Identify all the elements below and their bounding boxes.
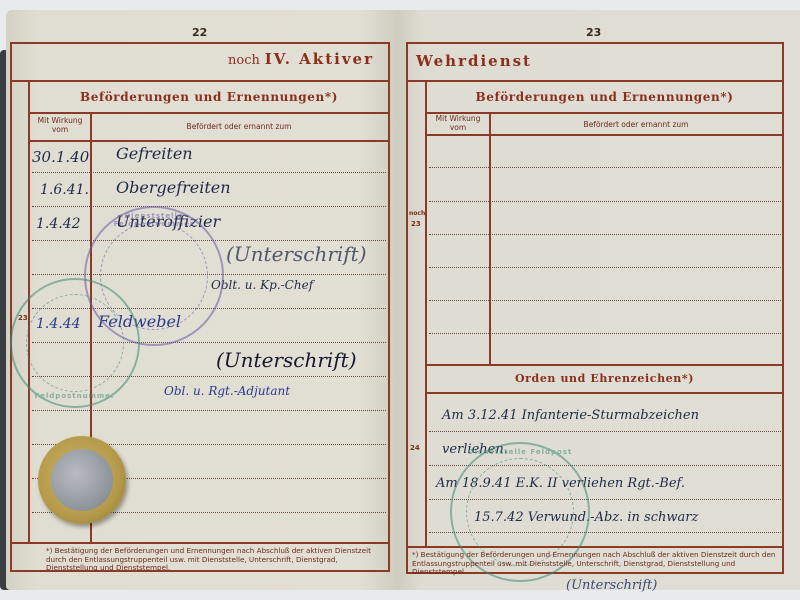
entry-line	[429, 267, 781, 268]
entry-line	[429, 234, 781, 235]
margin-marker: 23	[411, 220, 421, 228]
awards-divider	[427, 392, 782, 394]
margin-marker-prefix: noch	[409, 210, 425, 217]
coin	[38, 436, 126, 524]
awards-divider-top	[427, 364, 782, 366]
entry-date: 1.4.42	[36, 216, 81, 232]
column-head-date: Mit Wirkung vom	[32, 116, 88, 134]
column-head-rank: Befördert oder ernannt zum	[92, 122, 386, 131]
award-line	[429, 431, 781, 432]
green-unit-stamp: Feldpostnummer	[10, 278, 140, 408]
signature-role: Oblt. u. Kp.-Chef	[211, 278, 313, 292]
footnote-divider	[10, 542, 390, 544]
column-head-rank: Befördert oder ernannt zum	[491, 120, 781, 129]
column-divider	[489, 112, 491, 364]
margin-line	[425, 80, 427, 548]
page-header: noch IV. Aktiver	[228, 50, 374, 68]
column-head-date: Mit Wirkung vom	[429, 114, 487, 132]
entry-line	[32, 206, 386, 207]
page-number: 22	[192, 26, 207, 39]
stamp-label: Feldpostnummer	[12, 392, 138, 400]
coin-center	[51, 449, 113, 511]
open-service-book: 22 noch IV. Aktiver Beförderungen und Er…	[0, 10, 800, 600]
signature: (Unterschrift)	[216, 348, 357, 372]
stamp-label: Dienststelle Feldpost	[452, 448, 588, 456]
stamp-label: Dienststelle Feldpostnummer	[86, 212, 222, 228]
section-divider	[30, 112, 388, 114]
signature-role: Obl. u. Rgt.-Adjutant	[164, 384, 290, 398]
entry-line	[429, 300, 781, 301]
column-head-divider	[427, 134, 782, 136]
header-divider	[10, 80, 390, 82]
bottom-signature: (Unterschrift)	[566, 578, 657, 593]
section-title: Beförderungen und Ernennungen*)	[30, 90, 388, 104]
header-divider	[406, 80, 784, 82]
right-page: 23 Wehrdienst Beförderungen und Ernennun…	[398, 10, 800, 590]
entry-line	[429, 201, 781, 202]
entry-rank: Gefreiten	[116, 144, 193, 163]
entry-rank: Obergefreiten	[116, 178, 231, 197]
entry-date: 1.6.41.	[40, 182, 89, 198]
entry-line	[32, 172, 386, 173]
header-title: Wehrdienst	[416, 52, 532, 70]
entry-line	[32, 410, 386, 411]
stamp-inner-ring	[26, 294, 124, 392]
header-prefix: noch	[228, 53, 260, 68]
entry-line	[429, 333, 781, 334]
footnote: *) Bestätigung der Beförderungen und Ern…	[46, 547, 388, 573]
margin-marker: 24	[410, 444, 420, 452]
signature: (Unterschrift)	[226, 242, 367, 266]
section-title: Beförderungen und Ernennungen*)	[427, 90, 782, 104]
header-title: IV. Aktiver	[265, 50, 374, 68]
entry-line	[429, 167, 781, 168]
entry-date: 30.1.40	[32, 148, 89, 166]
page-number: 23	[586, 26, 601, 39]
awards-title: Orden und Ehrenzeichen*)	[427, 372, 782, 385]
column-head-divider	[30, 140, 388, 142]
footnote: *) Bestätigung der Beförderungen und Ern…	[412, 551, 782, 577]
award-entry: Am 3.12.41 Infanterie-Sturmabzeichen	[442, 408, 699, 423]
